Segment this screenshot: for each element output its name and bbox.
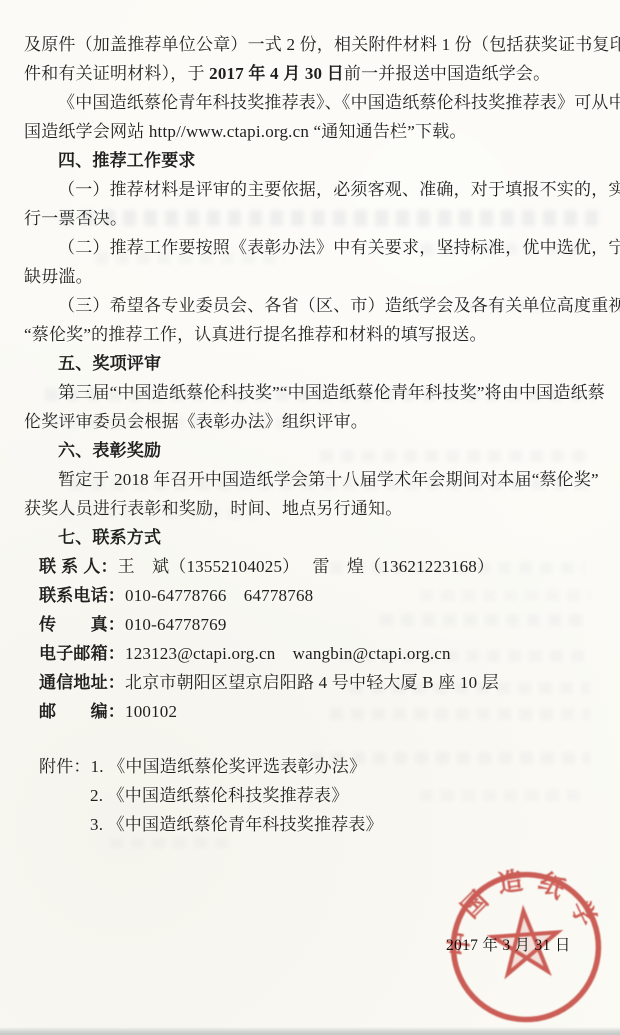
body-line: 获奖人员进行表彰和奖励，时间、地点另行通知。 — [24, 494, 598, 523]
contact-value: 010-64778769 — [125, 615, 227, 634]
body-line: 第三届“中国造纸蔡伦科技奖”“中国造纸蔡伦青年科技奖”将由中国造纸蔡 — [24, 378, 598, 407]
section-heading-5: 五、奖项评审 — [24, 349, 598, 378]
contact-value: 010-64778766 64778768 — [125, 586, 313, 605]
contact-label: 电子邮箱： — [39, 644, 125, 663]
body-line: 行一票否决。 — [24, 204, 598, 233]
bleed-through-smudge — [110, 838, 230, 848]
contact-value: 王 斌（13552104025） 雷 煌（13621223168） — [118, 557, 495, 576]
section-heading-4: 四、推荐工作要求 — [24, 146, 598, 175]
contact-row-fax: 传 真：010-64778769 — [24, 610, 598, 639]
attachment-item: 3. 《中国造纸蔡伦青年科技奖推荐表》 — [24, 810, 598, 839]
body-line: （二）推荐工作要按照《表彰办法》中有关要求，坚持标准，优中选优，宁 — [24, 233, 598, 262]
attachment-item: 附件：1. 《中国造纸蔡伦奖评选表彰办法》 — [24, 752, 598, 781]
attachment-item: 2. 《中国造纸蔡伦科技奖推荐表》 — [24, 781, 598, 810]
contact-label: 联系电话： — [39, 586, 125, 605]
attachment-title: 1. 《中国造纸蔡伦奖评选表彰办法》 — [91, 757, 367, 776]
body-line: 《中国造纸蔡伦青年科技奖推荐表》、《中国造纸蔡伦科技奖推荐表》可从中 — [24, 88, 598, 117]
seal-star-icon — [491, 909, 560, 975]
body-line: 件和有关证明材料），于 2017 年 4 月 30 日前一并报送中国造纸学会。 — [24, 59, 598, 88]
section-heading-7: 七、联系方式 — [24, 523, 598, 552]
contact-label: 通信地址： — [39, 673, 125, 692]
body-line: 及原件（加盖推荐单位公章）一式 2 份，相关附件材料 1 份（包括获奖证书复印 — [24, 30, 598, 59]
text-segment: 件和有关证明材料），于 — [24, 64, 209, 83]
contact-label: 传 真： — [39, 615, 125, 634]
contact-value: 123123@ctapi.org.cn wangbin@ctapi.org.cn — [125, 644, 451, 663]
attachments-block: 附件：1. 《中国造纸蔡伦奖评选表彰办法》 2. 《中国造纸蔡伦科技奖推荐表》 … — [24, 752, 598, 839]
contact-label: 邮 编： — [39, 702, 125, 721]
contact-row-address: 通信地址：北京市朝阳区望京启阳路 4 号中轻大厦 B 座 10 层 — [24, 668, 598, 697]
body-line: 暂定于 2018 年召开中国造纸学会第十八届学术年会期间对本届“蔡伦奖” — [24, 465, 598, 494]
document-body: 及原件（加盖推荐单位公章）一式 2 份，相关附件材料 1 份（包括获奖证书复印 … — [24, 0, 598, 839]
body-line: （三）希望各专业委员会、各省（区、市）造纸学会及各有关单位高度重视 — [24, 291, 598, 320]
contact-row-email: 电子邮箱：123123@ctapi.org.cn wangbin@ctapi.o… — [24, 639, 598, 668]
body-line-website: 国造纸学会网站 http//www.ctapi.org.cn “通知通告栏”下载… — [24, 117, 598, 146]
section-heading-6: 六、表彰奖励 — [24, 436, 598, 465]
contact-row-phone: 联系电话：010-64778766 64778768 — [24, 581, 598, 610]
scan-bottom-edge — [0, 1027, 620, 1035]
text-segment: 前一并报送中国造纸学会。 — [344, 64, 550, 83]
contact-label: 联 系 人： — [39, 557, 118, 576]
scanned-notice-page: 及原件（加盖推荐单位公章）一式 2 份，相关附件材料 1 份（包括获奖证书复印 … — [0, 0, 620, 1035]
contact-row-zipcode: 邮 编：100102 — [24, 697, 598, 726]
contact-value: 北京市朝阳区望京启阳路 4 号中轻大厦 B 座 10 层 — [125, 673, 499, 692]
official-seal: 中国造纸学会 — [442, 863, 613, 1034]
contact-value: 100102 — [125, 702, 177, 721]
body-line: （一）推荐材料是评审的主要依据，必须客观、准确，对于填报不实的，实 — [24, 175, 598, 204]
contact-row-person: 联 系 人：王 斌（13552104025） 雷 煌（13621223168） — [24, 552, 598, 581]
body-line: “蔡伦奖”的推荐工作，认真进行提名推荐和材料的填写报送。 — [24, 320, 598, 349]
attachments-label: 附件： — [39, 757, 91, 776]
body-line: 缺毋滥。 — [24, 262, 598, 291]
body-line: 伦奖评审委员会根据《表彰办法》组织评审。 — [24, 407, 598, 436]
deadline-date: 2017 年 4 月 30 日 — [209, 64, 344, 83]
